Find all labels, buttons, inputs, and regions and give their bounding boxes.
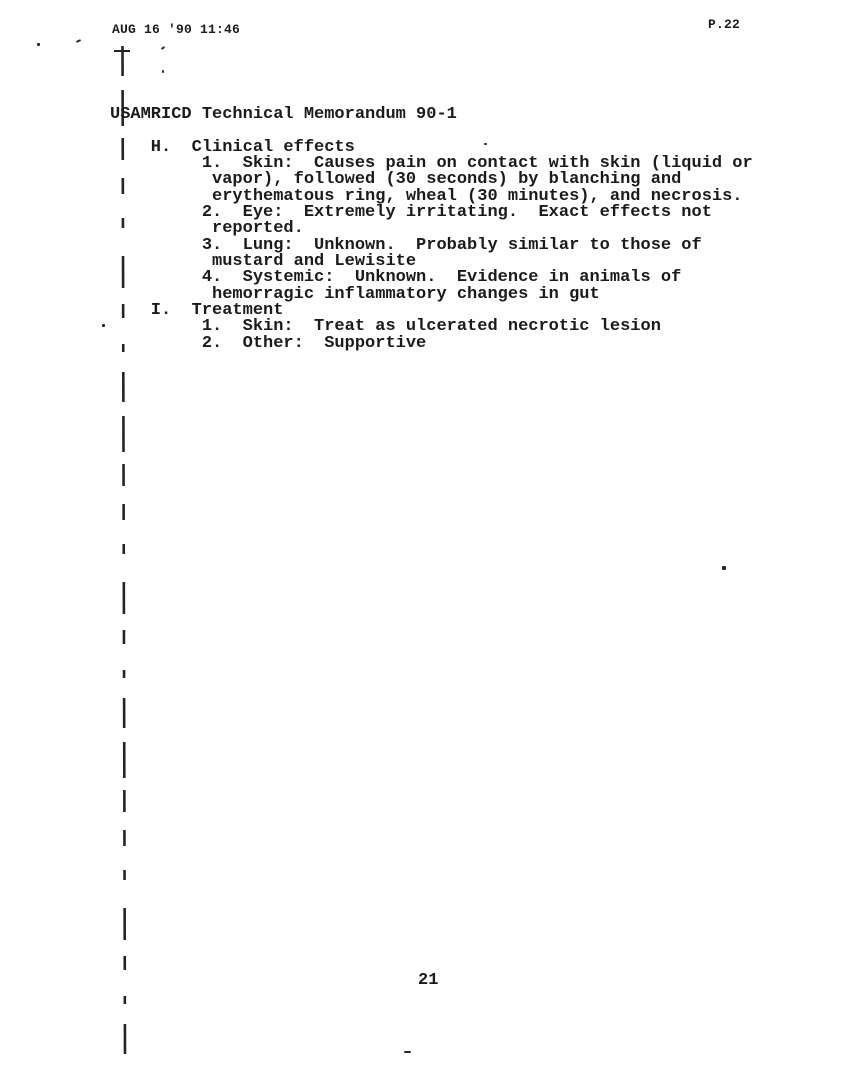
memo-body: USAMRICD Technical Memorandum 90-1 H. Cl… <box>110 107 753 352</box>
scan-speck <box>404 1051 411 1053</box>
scan-speck <box>722 566 726 570</box>
page-number: 21 <box>418 971 438 990</box>
scanned-fax-page: AUG 16 '90 11:46 P.22 USAMRICD Technical… <box>0 0 850 1092</box>
scan-speck <box>162 70 164 73</box>
scan-speck <box>161 46 165 50</box>
scan-speck <box>102 324 105 327</box>
memo-title: USAMRICD Technical Memorandum 90-1 <box>110 107 753 123</box>
scan-speck <box>37 43 40 46</box>
memo-line-treat-other: 2. Other: Supportive <box>110 336 753 352</box>
fax-page-indicator: P.22 <box>708 17 740 32</box>
fax-timestamp: AUG 16 '90 11:46 <box>112 22 240 37</box>
scan-speck <box>76 39 81 43</box>
